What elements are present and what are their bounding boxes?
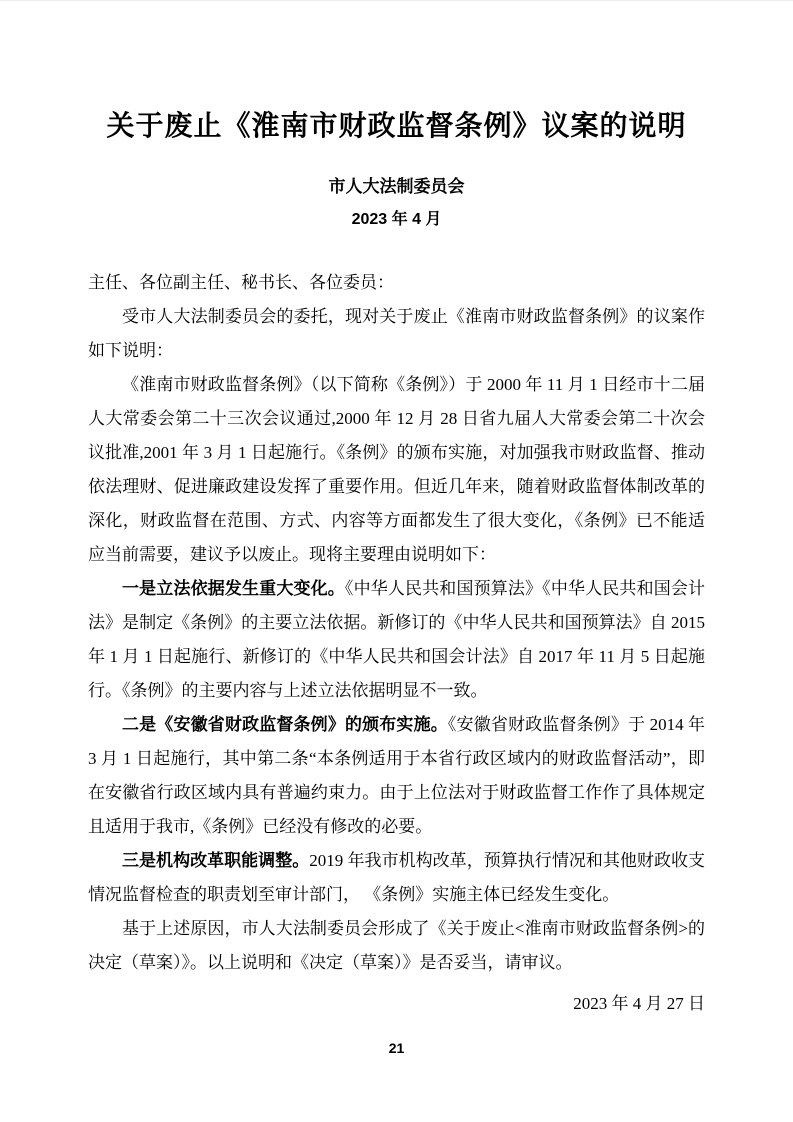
paragraph-text: 受市人大法制委员会的委托，现对关于废止《淮南市财政监督条例》的议案作如下说明： xyxy=(88,307,705,360)
paragraph-reason-2: 二是《安徽省财政监督条例》的颁布实施。《安徽省财政监督条例》于 2014 年 3… xyxy=(88,708,705,844)
paragraph-reason-3: 三是机构改革职能调整。2019 年我市机构改革，预算执行情况和其他财政收支情况监… xyxy=(88,844,705,912)
paragraph-background: 《淮南市财政监督条例》（以下简称《条例》）于 2000 年 11 月 1 日经市… xyxy=(88,368,705,572)
paragraph-lead: 一是立法依据发生重大变化。 xyxy=(122,579,345,598)
salutation-line: 主任、各位副主任、秘书长、各位委员： xyxy=(88,266,705,300)
paragraph-lead: 二是《安徽省财政监督条例》的颁布实施。 xyxy=(122,715,448,734)
paragraph-intro: 受市人大法制委员会的委托，现对关于废止《淮南市财政监督条例》的议案作如下说明： xyxy=(88,300,705,368)
author-line: 市人大法制委员会 xyxy=(88,172,705,197)
sign-date: 2023 年 4 月 27 日 xyxy=(573,989,705,1014)
paragraph-conclusion: 基于上述原因，市人大法制委员会形成了《关于废止<淮南市财政监督条例>的决定（草案… xyxy=(88,912,705,980)
document-body: 主任、各位副主任、秘书长、各位委员： 受市人大法制委员会的委托，现对关于废止《淮… xyxy=(88,266,705,980)
paragraph-text: 《淮南市财政监督条例》（以下简称《条例》）于 2000 年 11 月 1 日经市… xyxy=(88,375,705,564)
doc-date-line: 2023 年 4 月 xyxy=(88,206,705,229)
paragraph-reason-1: 一是立法依据发生重大变化。《中华人民共和国预算法》《中华人民共和国会计法》是制定… xyxy=(88,572,705,708)
document-title: 关于废止《淮南市财政监督条例》议案的说明 xyxy=(88,1,705,145)
paragraph-lead: 三是机构改革职能调整。 xyxy=(122,851,309,870)
paragraph-text: 基于上述原因，市人大法制委员会形成了《关于废止<淮南市财政监督条例>的决定（草案… xyxy=(88,919,705,972)
page-number: 21 xyxy=(0,1040,793,1056)
document-page: 关于废止《淮南市财政监督条例》议案的说明 市人大法制委员会 2023 年 4 月… xyxy=(0,0,793,1122)
